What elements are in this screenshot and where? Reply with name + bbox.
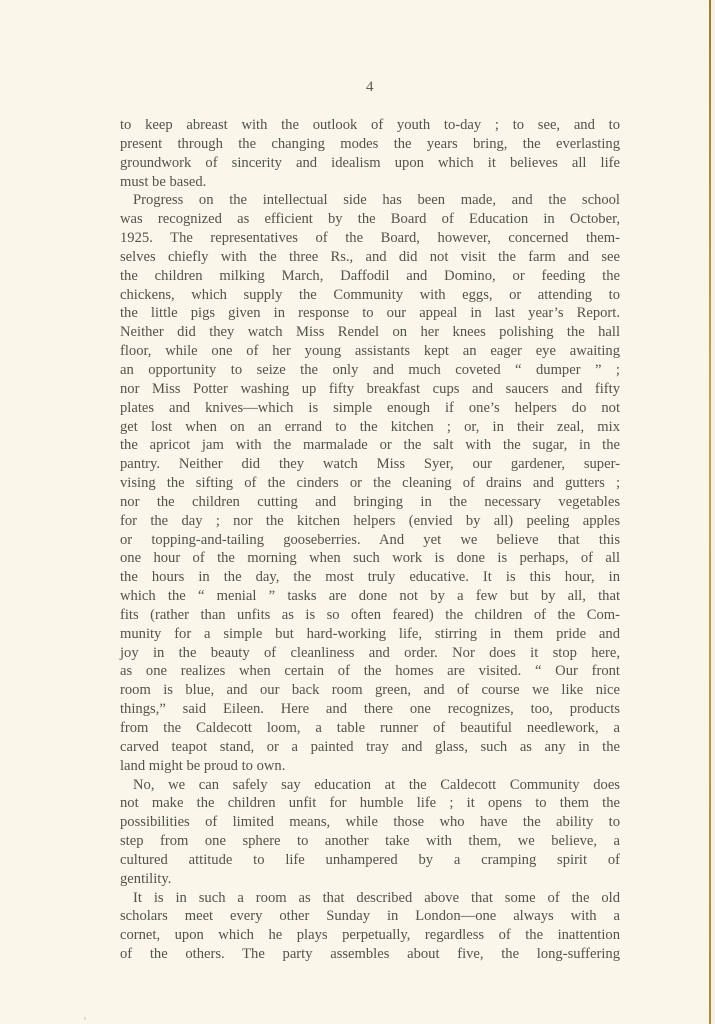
text-line: for the day ; nor the kitchen helpers (e… <box>120 512 620 531</box>
text-line: carved teapot stand, or a painted tray a… <box>120 738 620 757</box>
text-line: munity for a simple but hard-working lif… <box>120 625 620 644</box>
text-line: one hour of the morning when such work i… <box>120 549 620 568</box>
page-text: to keep abreast with the outlook of yout… <box>120 116 620 964</box>
text-line: possibilities of limited means, while th… <box>120 813 620 832</box>
paragraph: No, we can safely say education at the C… <box>120 776 620 889</box>
text-line: room is blue, and our back room green, a… <box>120 681 620 700</box>
text-line: land might be proud to own. <box>120 757 620 776</box>
text-line: from the Caldecott loom, a table runner … <box>120 719 620 738</box>
text-line: Progress on the intellectual side has be… <box>120 191 620 210</box>
page-edge-margin <box>711 0 715 1024</box>
text-line: to keep abreast with the outlook of yout… <box>120 116 620 135</box>
text-line: 1925. The representatives of the Board, … <box>120 229 620 248</box>
text-line: joy in the beauty of cleanliness and ord… <box>120 644 620 663</box>
text-line: Neither did they watch Miss Rendel on he… <box>120 323 620 342</box>
paragraph: Progress on the intellectual side has be… <box>120 191 620 775</box>
text-line: must be based. <box>120 173 620 192</box>
text-line: vising the sifting of the cinders or the… <box>120 474 620 493</box>
text-line: step from one sphere to another take wit… <box>120 832 620 851</box>
text-line: selves chiefly with the three Rs., and d… <box>120 248 620 267</box>
page-number: 4 <box>120 79 620 96</box>
text-line: fits (rather than unfits as is so often … <box>120 606 620 625</box>
text-line: not make the children unfit for humble l… <box>120 794 620 813</box>
text-line: scholars meet every other Sunday in Lond… <box>120 907 620 926</box>
text-line: cornet, upon which he plays perpetually,… <box>120 926 620 945</box>
text-line: It is in such a room as that described a… <box>120 889 620 908</box>
text-line: the apricot jam with the marmalade or th… <box>120 436 620 455</box>
text-line: No, we can safely say education at the C… <box>120 776 620 795</box>
text-line: of the others. The party assembles about… <box>120 945 620 964</box>
page-edge-line <box>709 0 711 1024</box>
paragraph: It is in such a room as that described a… <box>120 889 620 964</box>
text-line: which the “ menial ” tasks are done not … <box>120 587 620 606</box>
text-line: cultured attitude to life unhampered by … <box>120 851 620 870</box>
text-line: the children milking March, Daffodil and… <box>120 267 620 286</box>
text-line: pantry. Neither did they watch Miss Syer… <box>120 455 620 474</box>
text-line: things,” said Eileen. Here and there one… <box>120 700 620 719</box>
text-line: floor, while one of her young assistants… <box>120 342 620 361</box>
text-line: present through the changing modes the y… <box>120 135 620 154</box>
text-line: get lost when on an errand to the kitche… <box>120 418 620 437</box>
paragraph: to keep abreast with the outlook of yout… <box>120 116 620 191</box>
text-line: nor the children cutting and bringing in… <box>120 493 620 512</box>
text-line: chickens, which supply the Community wit… <box>120 286 620 305</box>
text-line: gentility. <box>120 870 620 889</box>
text-line: the little pigs given in response to our… <box>120 304 620 323</box>
text-line: as one realizes when certain of the home… <box>120 662 620 681</box>
text-line: the hours in the day, the most truly edu… <box>120 568 620 587</box>
text-line: was recognized as efficient by the Board… <box>120 210 620 229</box>
text-line: or topping-and-tailing gooseberries. And… <box>120 531 620 550</box>
scan-speck <box>84 1017 86 1020</box>
text-line: an opportunity to seize the only and muc… <box>120 361 620 380</box>
text-line: plates and knives—which is simple enough… <box>120 399 620 418</box>
text-line: groundwork of sincerity and idealism upo… <box>120 154 620 173</box>
text-line: nor Miss Potter washing up fifty breakfa… <box>120 380 620 399</box>
book-page: 4 to keep abreast with the outlook of yo… <box>0 0 715 1024</box>
